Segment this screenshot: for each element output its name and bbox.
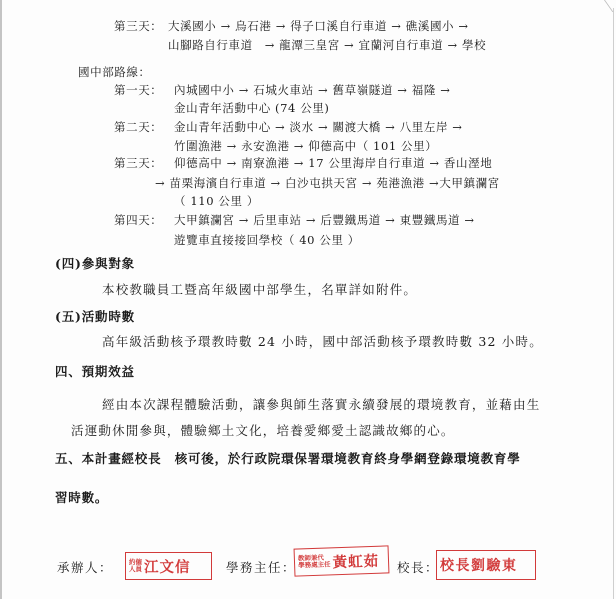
scanned-document-page: 第三天： 大溪國小 → 烏石港 → 得子口溪自行車道 → 礁溪國小 → 山腳路自… <box>0 0 616 599</box>
organizer-stamp: 約僱 人員 江文信 <box>125 552 212 580</box>
section-body-benefits-line: 活運動休閒參與，體驗鄉土文化，培養愛鄉愛土認識故鄉的心。 <box>71 424 455 438</box>
stamp-title-bottom: 人員 <box>129 566 142 574</box>
section-heading-participants: (四)參與對象 <box>55 257 135 271</box>
section-approval-line: 五、本計畫經校長 核可後，於行政院環保署環境教育終身學網登錄環境教育學 <box>55 452 521 466</box>
stamp-name: 江文信 <box>144 556 191 577</box>
signature-row: 承辦人： 約僱 人員 江文信 學務主任： 教師兼代 學務處主任 黃虹茹 校長： … <box>0 553 616 583</box>
route-line: 內城國中小 → 石城火車站 → 舊草嶺隧道 → 福隆 → <box>174 83 450 97</box>
route-line: 金山青年活動中心 → 淡水 → 關渡大橋 → 八里左岸 → <box>174 120 463 134</box>
principal-stamp: 校長劉驗東 <box>436 550 536 580</box>
route-line: 遊覽車直接接回學校（ 40 公里 ） <box>174 233 360 247</box>
academic-director-label: 學務主任： <box>226 558 296 576</box>
junior-high-route-heading: 國中部路線： <box>78 65 151 79</box>
page-left-border <box>0 0 2 599</box>
route-line: 金山青年活動中心 (74 公里) <box>174 101 330 115</box>
page-corner-fold <box>604 0 616 12</box>
page-right-border <box>613 8 614 599</box>
route-day-label: 第三天： <box>114 156 162 170</box>
route-line: 竹圍漁港 → 永安漁港 → 仰德高中（ 101 公里） <box>174 139 437 153</box>
route-line: → 苗栗海濱自行車道 → 白沙屯拱天宮 → 苑港漁港 →大甲鎮瀾宮 <box>155 176 500 190</box>
route-day-label: 第三天： <box>114 19 162 33</box>
route-day-label: 第二天： <box>114 120 162 134</box>
route-day-label: 第一天： <box>114 83 162 97</box>
academic-director-stamp: 教師兼代 學務處主任 黃虹茹 <box>294 545 390 576</box>
section-heading-hours: (五)活動時數 <box>55 310 135 324</box>
section-body-hours: 高年級活動核予環教時數 24 小時，國中部活動核予環教時數 32 小時。 <box>102 335 543 349</box>
section-body-participants: 本校教職員工暨高年級國中部學生，名單詳如附件。 <box>102 283 417 297</box>
route-line: 仰德高中 → 南寮漁港 → 17 公里海岸自行車道 → 香山溼地 <box>174 156 492 170</box>
section-approval-line: 習時數。 <box>55 491 108 505</box>
stamp-title: 約僱 人員 <box>129 559 142 574</box>
stamp-name: 校長劉驗東 <box>440 555 518 575</box>
section-body-benefits-line: 經由本次課程體驗活動，讓參與師生落實永續發展的環境教育，並藉由生 <box>102 398 540 412</box>
stamp-name: 黃虹茹 <box>332 549 379 572</box>
section-heading-benefits: 四、預期效益 <box>55 365 135 379</box>
organizer-label: 承辦人： <box>57 558 113 576</box>
route-line: 山腳路自行車道 → 龍潭三皇宮 → 宜蘭河自行車道 → 學校 <box>168 38 486 52</box>
route-day-label: 第四天： <box>114 213 162 227</box>
route-line: （ 110 公里 ） <box>174 194 259 208</box>
stamp-title: 教師兼代 學務處主任 <box>298 554 331 570</box>
route-line: 大甲鎮瀾宮 → 后里車站 → 后豐鐵馬道 → 東豐鐵馬道 → <box>174 213 475 227</box>
route-line: 大溪國小 → 烏石港 → 得子口溪自行車道 → 礁溪國小 → <box>168 19 469 33</box>
principal-label: 校長： <box>397 558 439 576</box>
stamp-title-bottom: 學務處主任 <box>298 561 331 570</box>
